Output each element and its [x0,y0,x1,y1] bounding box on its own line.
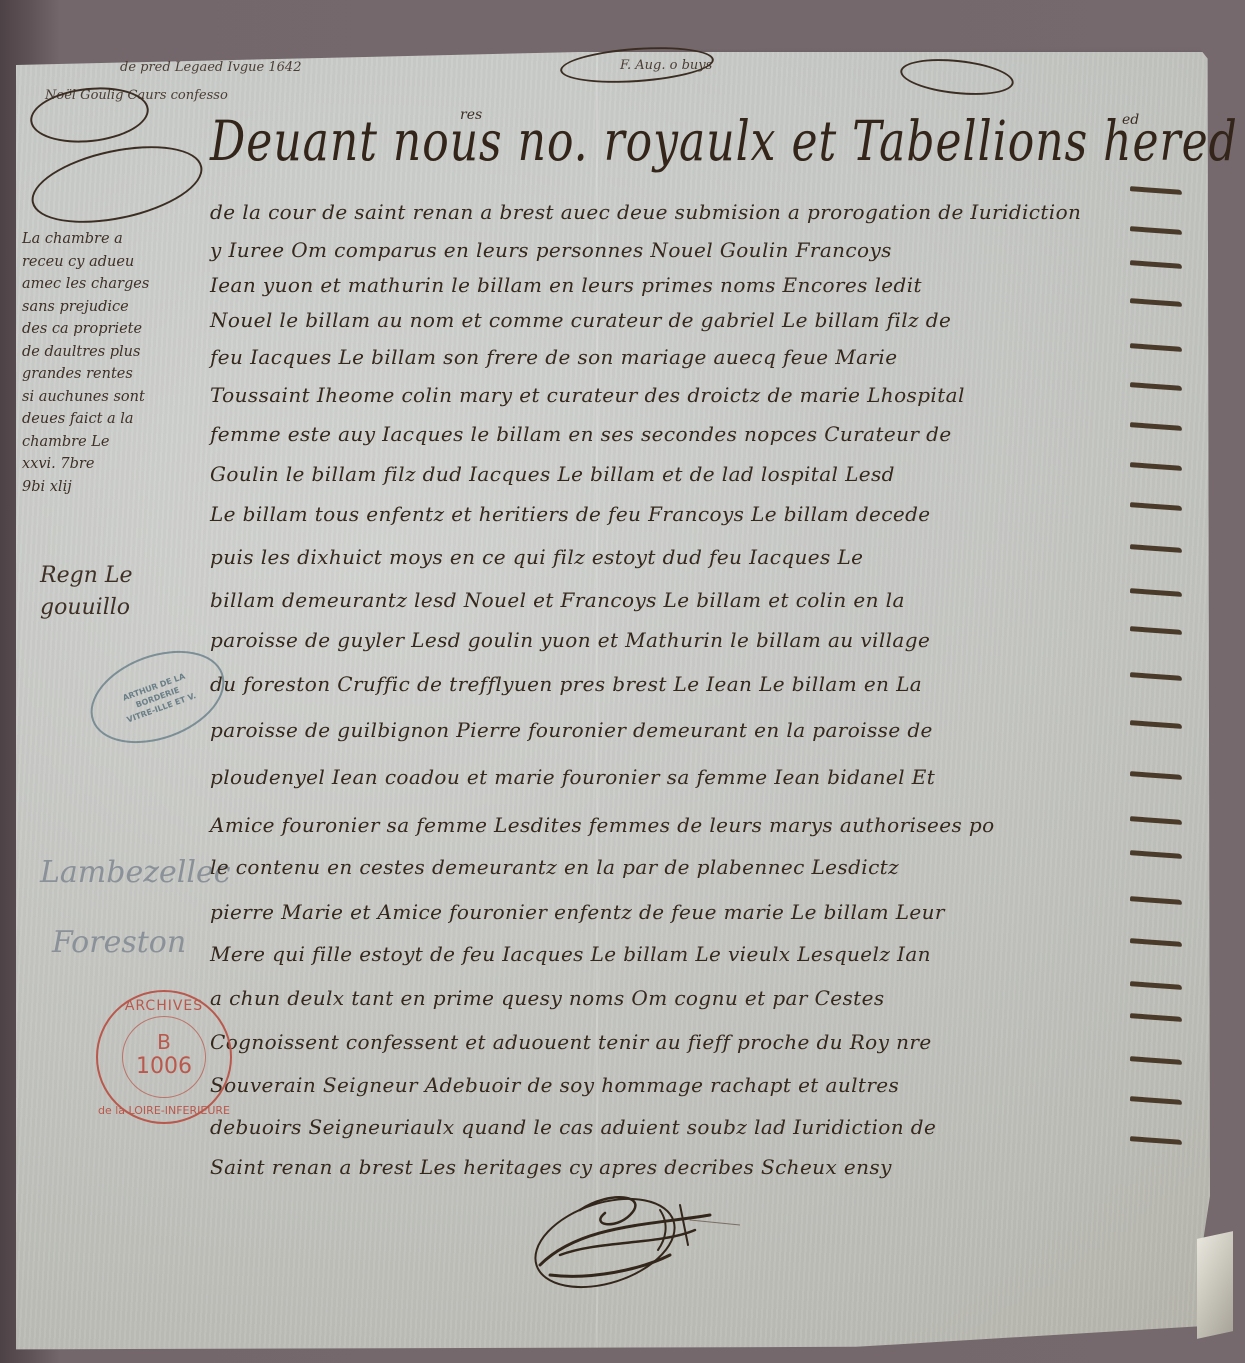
body-line: du foreston Cruffic de trefflyuen pres b… [210,672,922,702]
stamp-ring-top: ARCHIVES [98,998,230,1014]
body-line: de la cour de saint renan a brest auec d… [210,200,1081,230]
headline-superscript-right: ed [1122,112,1139,128]
document-headline: Deuant nous no. royaulx et Tabellions he… [210,110,1238,174]
body-line: Souverain Seigneur Adebuoir de soy homma… [210,1073,899,1103]
body-line: Mere qui fille estoyt de feu Iacques Le … [210,942,931,972]
margin-annotation: La chambre a receu cy adueu amec les cha… [22,228,222,498]
body-line: pierre Marie et Amice fouronier enfentz … [210,900,945,930]
pencil-note-foreston: Foreston [52,925,186,960]
pencil-note-lambezellec: Lambezellec [40,855,231,890]
top-note-line1: de pred Legaed Ivgue 1642 [120,60,301,75]
body-line: Cognoissent confessent et aduouent tenir… [210,1030,932,1060]
folded-corner [1197,1231,1233,1339]
body-line: puis les dixhuict moys en ce qui filz es… [210,545,863,575]
body-line: femme este auy Iacques le billam en ses … [210,422,952,452]
stamp-ring-bottom: de la LOIRE-INFERIEURE [98,1104,230,1117]
body-line: Nouel le billam au nom et comme curateur… [210,308,951,338]
body-line: y Iuree Om comparus en leurs personnes N… [210,238,892,268]
notary-signature [510,1185,740,1295]
body-line: Le billam tous enfentz et heritiers de f… [210,502,931,532]
archives-stamp: ARCHIVES B 1006 de la LOIRE-INFERIEURE [96,990,232,1124]
body-line: Amice fouronier sa femme Lesdites femmes… [210,813,995,843]
body-line: debuoirs Seigneuriaulx quand le cas adui… [210,1115,936,1145]
body-line: ploudenyel Iean coadou et marie fouronie… [210,765,935,795]
body-line: Iean yuon et mathurin le billam en leurs… [210,273,922,303]
body-line: Goulin le billam filz dud Iacques Le bil… [210,462,895,492]
body-line: a chun deulx tant en prime quesy noms Om… [210,986,885,1016]
stamp-number: 1006 [98,1054,230,1079]
body-line: paroisse de guyler Lesd goulin yuon et M… [210,628,930,658]
body-line: billam demeurantz lesd Nouel et Francoys… [210,588,905,618]
body-line: feu Iacques Le billam son frere de son m… [210,345,897,375]
headline-text: Deuant nous no. royaulx et Tabellions he… [210,110,1238,174]
body-line: Toussaint Iheome colin mary et curateur … [210,383,965,413]
body-line: Saint renan a brest Les heritages cy apr… [210,1155,892,1185]
headline-superscript-left: res [460,107,482,123]
body-line: le contenu en cestes demeurantz en la pa… [210,855,899,885]
body-line: paroisse de guilbignon Pierre fouronier … [210,718,933,748]
stamp-series-letter: B [98,1030,230,1054]
